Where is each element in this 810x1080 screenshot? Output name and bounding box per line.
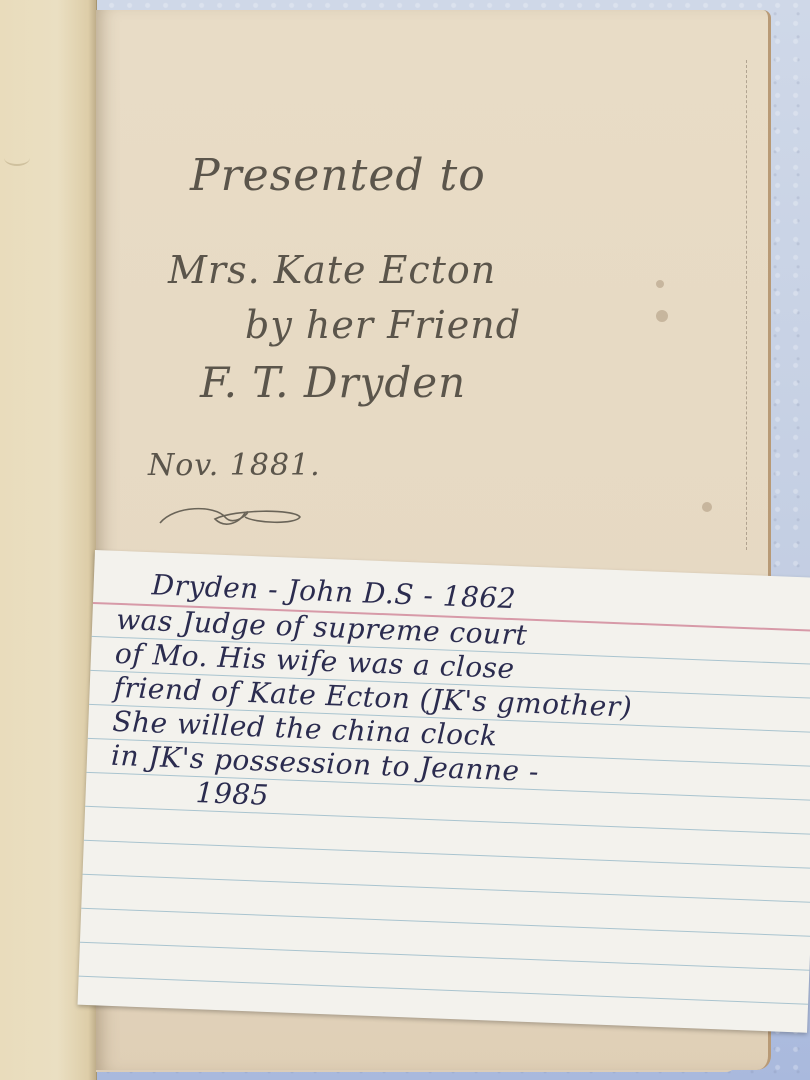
inscription-recipient: Mrs. Kate Ecton [168,248,496,292]
card-rule [84,840,810,869]
inscription-date: Nov. 1881. [148,448,321,483]
page-stain [4,150,30,166]
foxing-spot [702,502,712,512]
card-rule [83,874,810,903]
card-rule [85,806,810,835]
card-rule [79,976,809,1005]
foxing-spot [656,310,668,322]
inscription-presented-to: Presented to [190,150,486,201]
card-line-7: 1985 [195,776,269,812]
flourish-ornament-icon [155,503,305,531]
photo-scene: Presented to Mrs. Kate Ecton by her Frie… [0,0,810,1080]
card-rule [80,942,810,971]
inscription-byline: by her Friend [245,303,521,347]
inscription-signature: F. T. Dryden [200,358,466,407]
index-card: Dryden - John D.S - 1862 was Judge of su… [78,550,810,1033]
foxing-spot [656,280,664,288]
card-rule [81,908,810,937]
